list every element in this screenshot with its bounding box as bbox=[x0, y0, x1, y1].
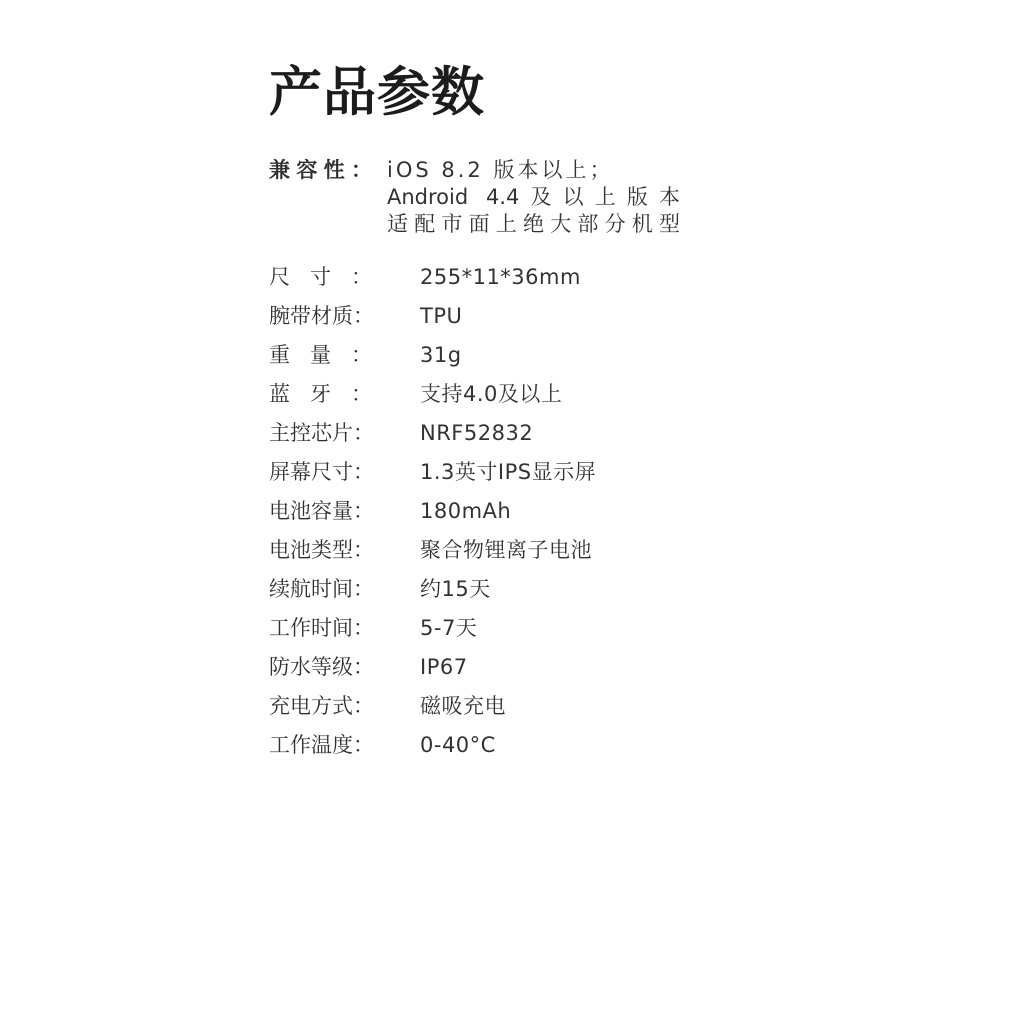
page-title: 产品参数 bbox=[269, 66, 829, 119]
spec-row-bluetooth: 蓝牙： 支持4.0及以上 bbox=[269, 381, 829, 408]
spec-row-compatibility: 兼容性： iOS 8.2 版本以上； Android 4.4及以上版本 适配市面… bbox=[269, 157, 829, 238]
spec-row-main-chip: 主控芯片： NRF52832 bbox=[269, 420, 829, 447]
spec-label: 兼容性： bbox=[269, 157, 372, 184]
spec-row-screen-size: 屏幕尺寸： 1.3英寸IPS显示屏 bbox=[269, 459, 829, 486]
compatibility-line: Android 4.4及以上版本 bbox=[387, 184, 680, 211]
spec-label: 尺寸： bbox=[269, 264, 372, 291]
spec-label: 屏幕尺寸： bbox=[269, 459, 372, 486]
spec-value: 5-7天 bbox=[420, 615, 477, 642]
spec-value: 180mAh bbox=[420, 498, 511, 525]
spec-label: 续航时间： bbox=[269, 576, 372, 603]
spec-value: 1.3英寸IPS显示屏 bbox=[420, 459, 596, 486]
spec-label: 蓝牙： bbox=[269, 381, 372, 408]
spec-row-waterproof-rating: 防水等级： IP67 bbox=[269, 654, 829, 681]
spec-list: 尺寸： 255*11*36mm 腕带材质： TPU 重量： 31g 蓝牙： 支持… bbox=[269, 264, 829, 759]
spec-value: 0-40°C bbox=[420, 732, 496, 759]
spec-value: 255*11*36mm bbox=[420, 264, 581, 291]
spec-label: 工作温度： bbox=[269, 732, 372, 759]
product-spec-image: 产品参数 兼容性： iOS 8.2 版本以上； Android 4.4及以上版本… bbox=[0, 0, 1024, 1024]
spec-value: 支持4.0及以上 bbox=[420, 381, 562, 408]
spec-row-dimensions: 尺寸： 255*11*36mm bbox=[269, 264, 829, 291]
spec-row-working-time: 工作时间： 5-7天 bbox=[269, 615, 829, 642]
spec-label: 电池容量： bbox=[269, 498, 372, 525]
compatibility-line: iOS 8.2 版本以上； bbox=[387, 157, 680, 184]
spec-label: 充电方式： bbox=[269, 693, 372, 720]
spec-label: 电池类型： bbox=[269, 537, 372, 564]
spec-value: 聚合物锂离子电池 bbox=[420, 537, 592, 564]
spec-label: 防水等级： bbox=[269, 654, 372, 681]
spec-value: 约15天 bbox=[420, 576, 491, 603]
spec-row-weight: 重量： 31g bbox=[269, 342, 829, 369]
spec-sheet: 产品参数 兼容性： iOS 8.2 版本以上； Android 4.4及以上版本… bbox=[269, 66, 829, 759]
compatibility-line: 适配市面上绝大部分机型 bbox=[387, 211, 680, 238]
spec-label: 腕带材质： bbox=[269, 303, 372, 330]
spec-label: 重量： bbox=[269, 342, 372, 369]
spec-value: 31g bbox=[420, 342, 462, 369]
spec-label: 主控芯片： bbox=[269, 420, 372, 447]
spec-row-battery-capacity: 电池容量： 180mAh bbox=[269, 498, 829, 525]
spec-row-strap-material: 腕带材质： TPU bbox=[269, 303, 829, 330]
spec-value: IP67 bbox=[420, 654, 468, 681]
spec-label: 工作时间： bbox=[269, 615, 372, 642]
spec-row-standby-time: 续航时间： 约15天 bbox=[269, 576, 829, 603]
spec-value: NRF52832 bbox=[420, 420, 533, 447]
compatibility-values: iOS 8.2 版本以上； Android 4.4及以上版本 适配市面上绝大部分… bbox=[387, 157, 680, 238]
spec-row-operating-temperature: 工作温度： 0-40°C bbox=[269, 732, 829, 759]
spec-row-battery-type: 电池类型： 聚合物锂离子电池 bbox=[269, 537, 829, 564]
spec-value: 磁吸充电 bbox=[420, 693, 506, 720]
spec-value: TPU bbox=[420, 303, 462, 330]
spec-row-charging-method: 充电方式： 磁吸充电 bbox=[269, 693, 829, 720]
